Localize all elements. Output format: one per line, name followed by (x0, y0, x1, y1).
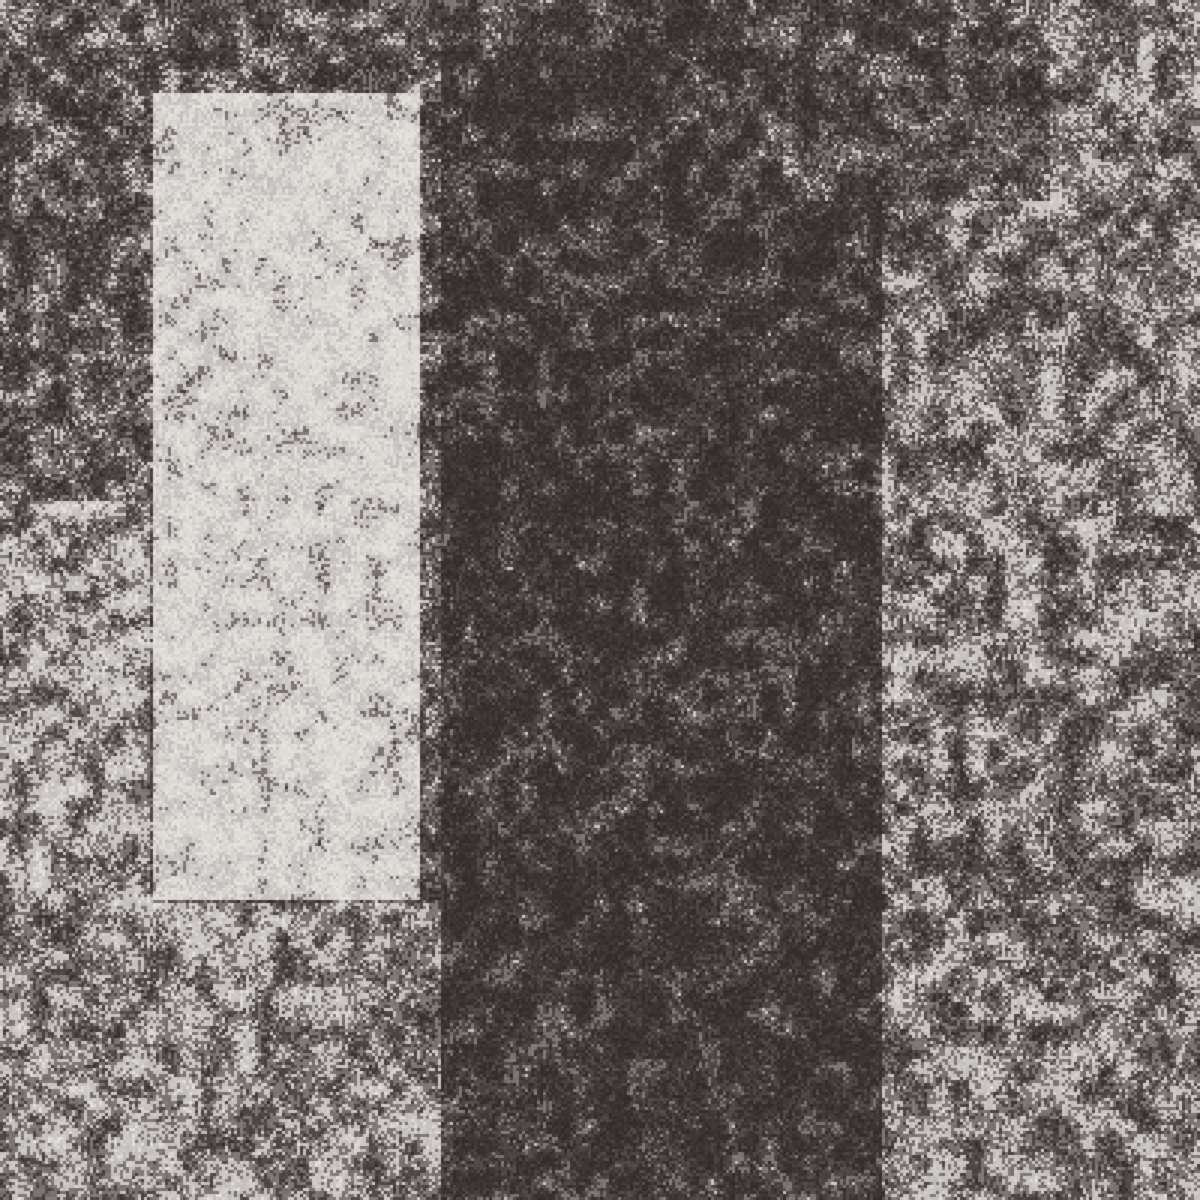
carpet-texture (0, 0, 1200, 1200)
carpet-texture-canvas (0, 0, 1200, 1200)
